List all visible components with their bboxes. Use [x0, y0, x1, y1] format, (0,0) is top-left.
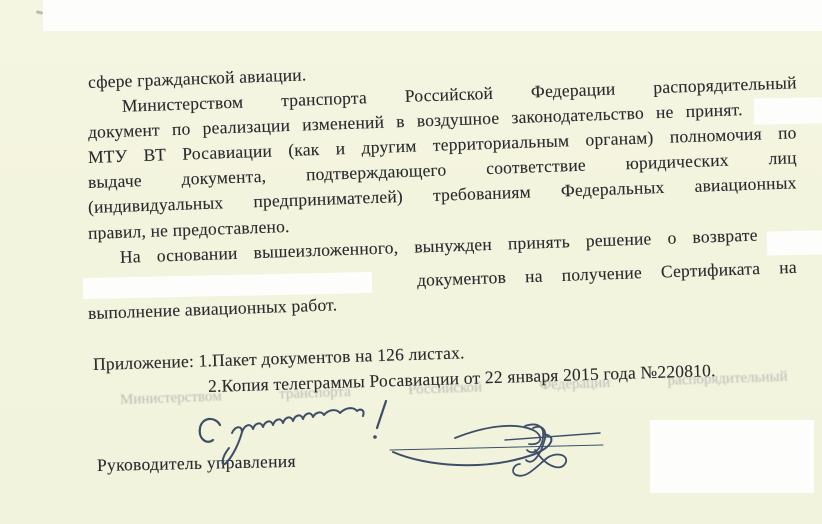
handwritten-closing — [188, 398, 413, 473]
redaction-top-band — [43, 0, 822, 31]
body-line: документов на получение Сертификата на — [417, 255, 798, 293]
redaction-signature-area — [650, 420, 814, 493]
scanned-letter-page: сфере гражданской авиации. Министерством… — [0, 0, 822, 524]
handwritten-closing-text: С уважением! — [0, 0, 1, 1]
redaction-after-line3 — [754, 97, 822, 124]
signature-scribble — [385, 415, 615, 493]
redaction-after-line8 — [767, 231, 822, 256]
